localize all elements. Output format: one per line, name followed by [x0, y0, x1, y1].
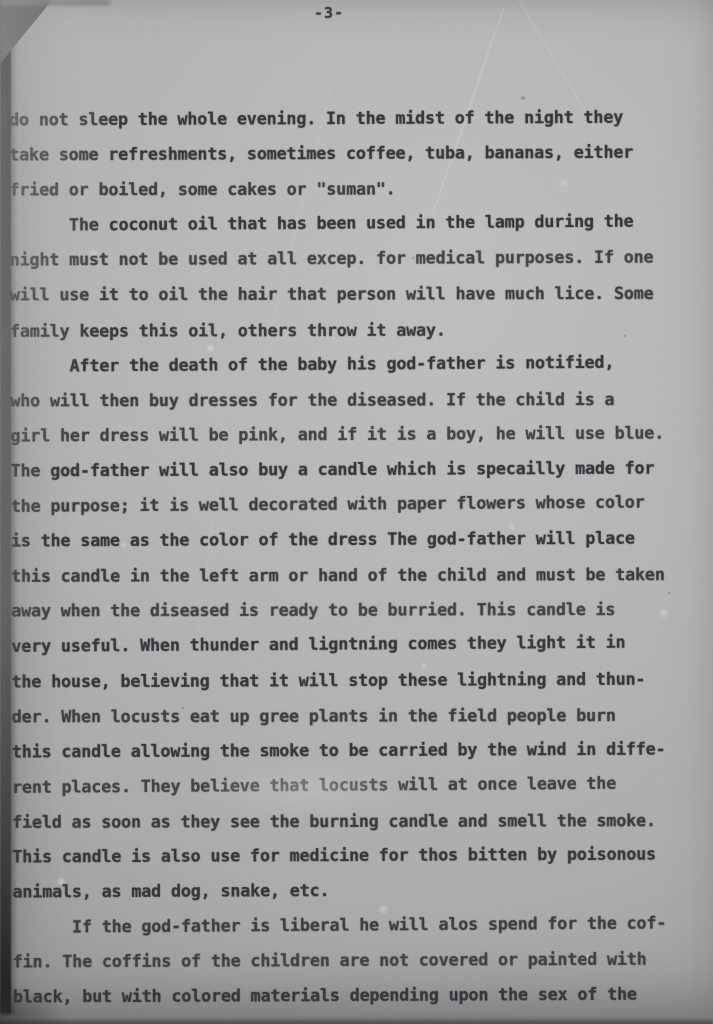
typed-lines: do not sleep the whole evening. In the m… — [9, 99, 709, 1014]
typed-line: the purpose; it is well decorated with p… — [11, 484, 707, 524]
typed-line: this candle allowing the smoke to be car… — [12, 731, 708, 769]
typed-line: away when the diseased is ready to be bu… — [11, 592, 707, 629]
typed-line: der. When locusts eat up gree plants in … — [12, 697, 708, 734]
typed-line: family keeps this oil, others throw it a… — [10, 312, 706, 349]
typed-line: fried or boiled, some cakes or "suman". — [9, 171, 705, 208]
typed-line: do not sleep the whole evening. In the m… — [9, 99, 705, 137]
typed-line: fin. The coffins of the children are not… — [13, 942, 709, 980]
typed-line: is the same as the color of the dress Th… — [11, 521, 707, 559]
typed-line: take some refreshments, sometimes coffee… — [9, 135, 705, 173]
typed-line: After the death of the baby his god-fath… — [10, 344, 706, 384]
typed-line: black, but with colored materials depend… — [13, 977, 709, 1015]
typed-line: field as soon as they see the burning ca… — [12, 803, 708, 840]
scan-corner-top-left — [0, 0, 52, 64]
typed-line: night must not be used at all excep. for… — [10, 240, 706, 278]
typed-line: girl her dress will be pink, and if it i… — [10, 415, 706, 453]
typed-line: This candle is also use for medicine for… — [12, 836, 708, 874]
typed-line: The god-father will also buy a candle wh… — [11, 450, 707, 488]
scanned-page: -3- do not sleep the whole evening. In t… — [0, 0, 713, 1024]
typed-line: animals, as mad dog, snake, etc. — [12, 872, 708, 910]
scan-edge-top — [0, 0, 110, 5]
typed-line: The coconut oil that has been used in th… — [9, 203, 705, 243]
typed-line: will use it to oil the hair that person … — [10, 276, 706, 313]
typed-line: rent places. They believe that locusts w… — [12, 765, 708, 805]
typed-line: who will then buy dresses for the diseas… — [10, 382, 706, 419]
typed-line: If the god-father is liberal he will alo… — [12, 905, 708, 945]
typed-line: very useful. When thunder and ligntning … — [11, 625, 707, 665]
typed-line: the house, believing that it will stop t… — [11, 661, 707, 699]
typed-line: this candle in the left arm or hand of t… — [11, 557, 707, 594]
page-number: -3- — [314, 4, 344, 23]
